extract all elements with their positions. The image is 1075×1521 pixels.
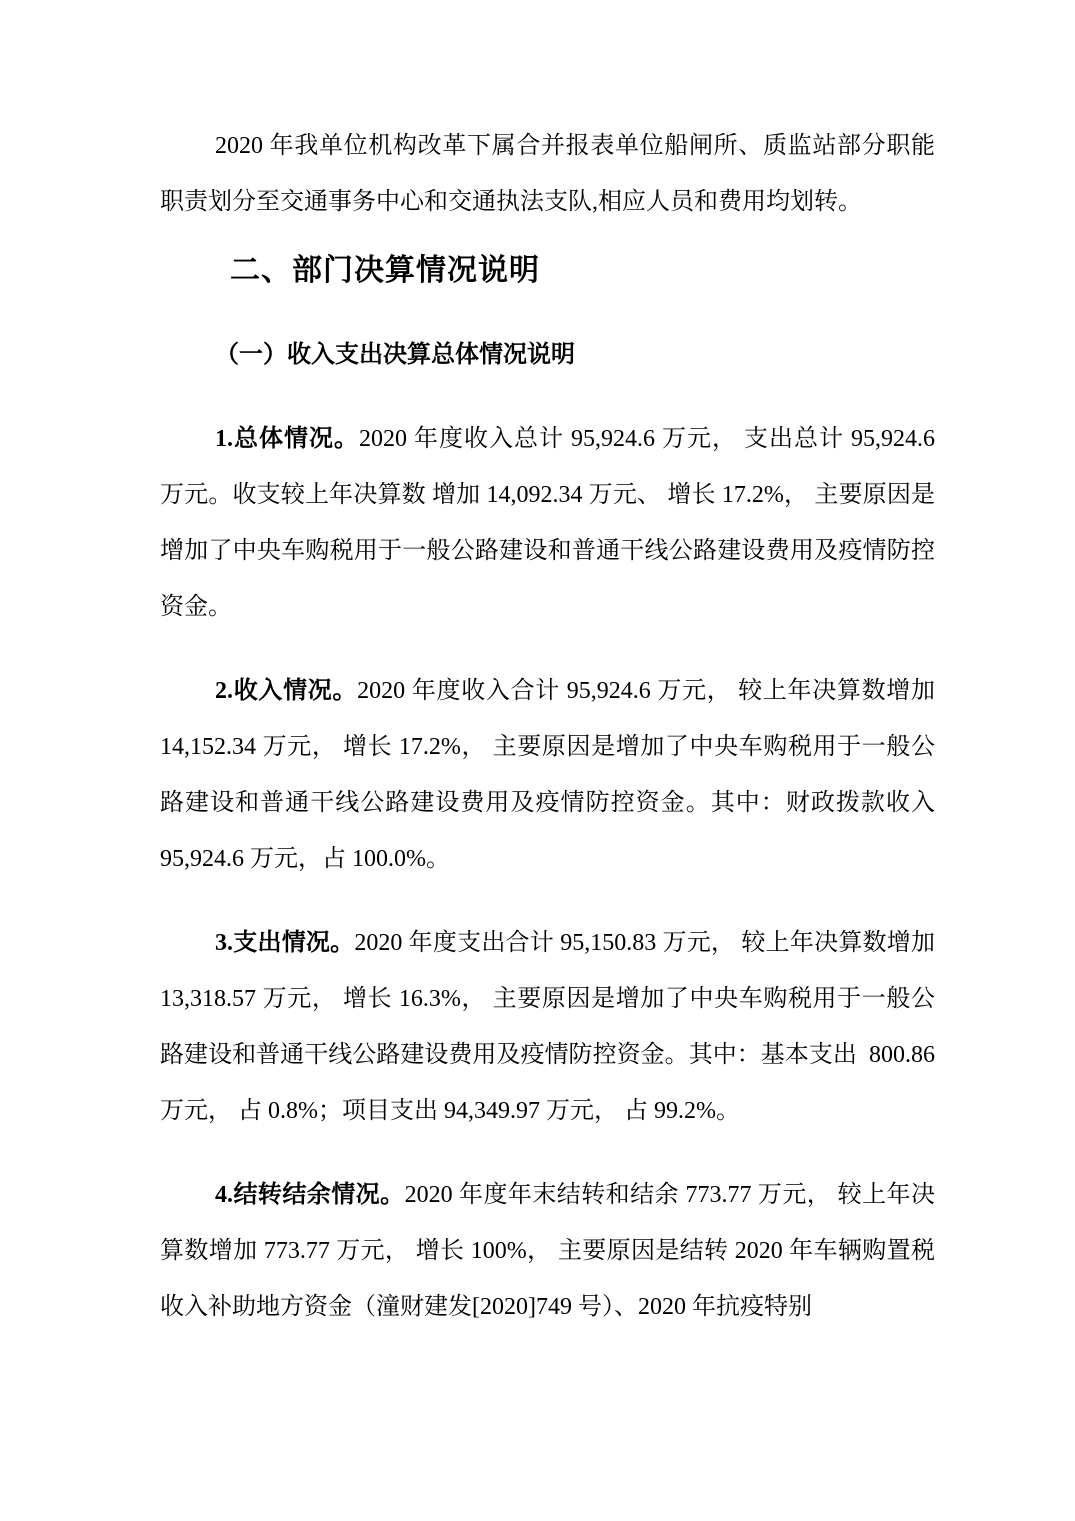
paragraph-overall-lead: 1.总体情况。	[215, 426, 359, 452]
paragraph-overall-text: 2020 年度收入总计 95,924.6 万元， 支出总计 95,924.6 万…	[160, 426, 941, 620]
paragraph-income-lead: 2.收入情况。	[215, 678, 357, 704]
section-heading: 二、部门决算情况说明	[160, 237, 935, 305]
paragraph-expenditure-lead: 3.支出情况。	[215, 930, 354, 956]
paragraph-overall-situation: 1.总体情况。2020 年度收入总计 95,924.6 万元， 支出总计 95,…	[160, 411, 935, 635]
document-page: 2020 年我单位机构改革下属合并报表单位船闸所、质监站部分职能职责划分至交通事…	[0, 0, 1075, 1521]
paragraph-expenditure-situation: 3.支出情况。2020 年度支出合计 95,150.83 万元， 较上年决算数增…	[160, 915, 935, 1139]
intro-paragraph: 2020 年我单位机构改革下属合并报表单位船闸所、质监站部分职能职责划分至交通事…	[160, 118, 935, 230]
paragraph-expenditure-text: 2020 年度支出合计 95,150.83 万元， 较上年决算数增加 13,31…	[160, 930, 941, 1124]
paragraph-carryover-situation: 4.结转结余情况。2020 年度年末结转和结余 773.77 万元， 较上年决算…	[160, 1167, 935, 1335]
subsection-heading: （一）收入支出决算总体情况说明	[160, 327, 935, 383]
paragraph-income-situation: 2.收入情况。2020 年度收入合计 95,924.6 万元， 较上年决算数增加…	[160, 663, 935, 887]
paragraph-income-text: 2020 年度收入合计 95,924.6 万元， 较上年决算数增加 14,152…	[160, 678, 941, 872]
paragraph-carryover-lead: 4.结转结余情况。	[215, 1182, 405, 1208]
